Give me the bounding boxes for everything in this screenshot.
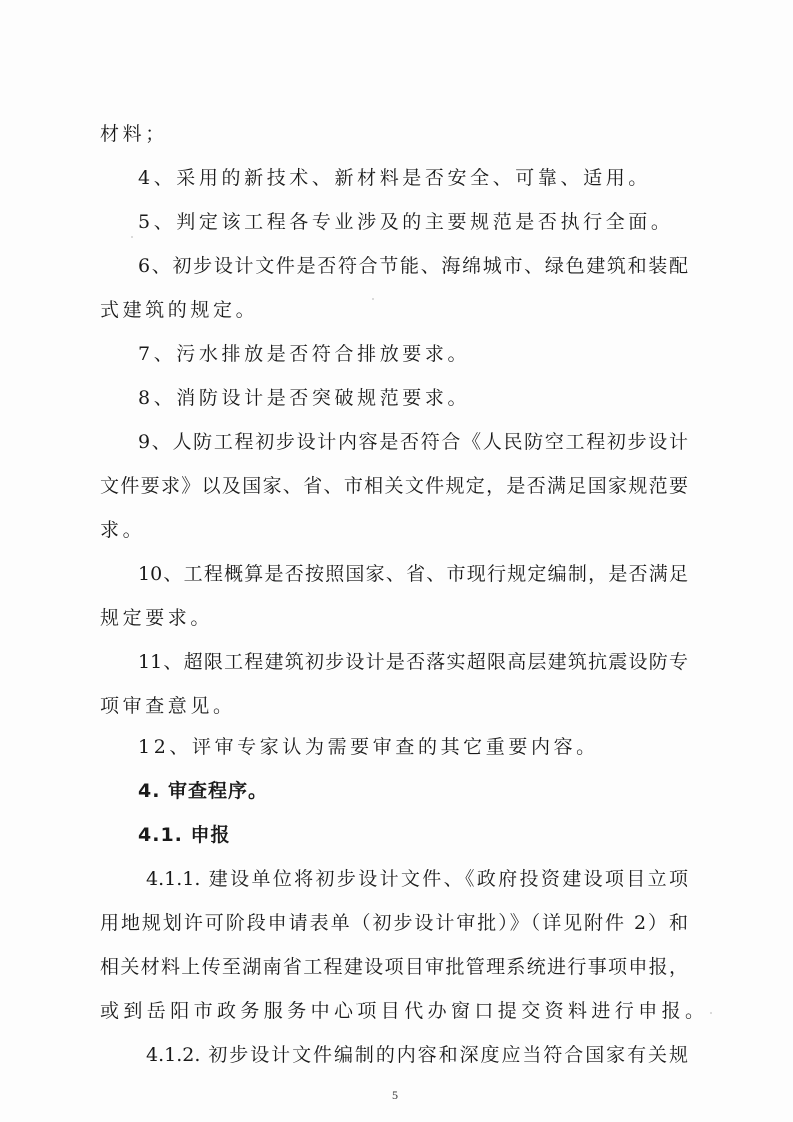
document-page: 材料； 4、采用的新技术、新材料是否安全、可靠、适用。 5、判定该工程各专业涉及… [0,0,793,1122]
scan-speck [710,1012,712,1014]
text-line-continuation: 材料； [100,122,700,146]
list-item-11-cont: 项审查意见。 [100,694,700,718]
list-item-6-cont: 式建筑的规定。 [100,298,700,322]
clause-4-1-1-cont: 用地规划许可阶段申请表单（初步设计审批）》（详见附件 2）和 [100,911,688,935]
list-item-9-cont2: 求。 [100,518,700,542]
page-number: 5 [392,1088,398,1103]
list-item-9-cont: 文件要求》以及国家、省、市相关文件规定，是否满足国家规范要 [100,474,688,498]
list-item-10: 10、工程概算是否按照国家、省、市现行规定编制，是否满足 [138,562,688,586]
clause-4-1-1: 4.1.1. 建设单位将初步设计文件、《政府投资建设项目立项 [146,867,688,891]
list-item-4: 4、采用的新技术、新材料是否安全、可靠、适用。 [138,166,738,190]
subsection-heading-4-1: 4.1. 申报 [138,823,738,847]
clause-4-1-1-cont3: 或到岳阳市政务服务中心项目代办窗口提交资料进行申报。 [100,999,700,1023]
list-item-12: 12、评审专家认为需要审查的其它重要内容。 [138,735,738,759]
list-item-5: 5、判定该工程各专业涉及的主要规范是否执行全面。 [138,210,738,234]
list-item-9: 9、人防工程初步设计内容是否符合《人民防空工程初步设计 [138,430,688,454]
scan-speck [131,236,133,238]
list-item-6: 6、初步设计文件是否符合节能、海绵城市、绿色建筑和装配 [138,254,688,278]
list-item-8: 8、消防设计是否突破规范要求。 [138,386,738,410]
scan-speck [372,298,374,300]
clause-4-1-2: 4.1.2. 初步设计文件编制的内容和深度应当符合国家有关规 [146,1043,688,1067]
section-heading-4: 4. 审查程序。 [138,779,738,803]
list-item-10-cont: 规定要求。 [100,606,700,630]
clause-4-1-1-cont2: 相关材料上传至湖南省工程建设项目审批管理系统进行事项申报， [100,955,688,979]
scan-speck [356,1003,358,1005]
list-item-11: 11、超限工程建筑初步设计是否落实超限高层建筑抗震设防专 [138,650,688,674]
list-item-7: 7、污水排放是否符合排放要求。 [138,342,738,366]
